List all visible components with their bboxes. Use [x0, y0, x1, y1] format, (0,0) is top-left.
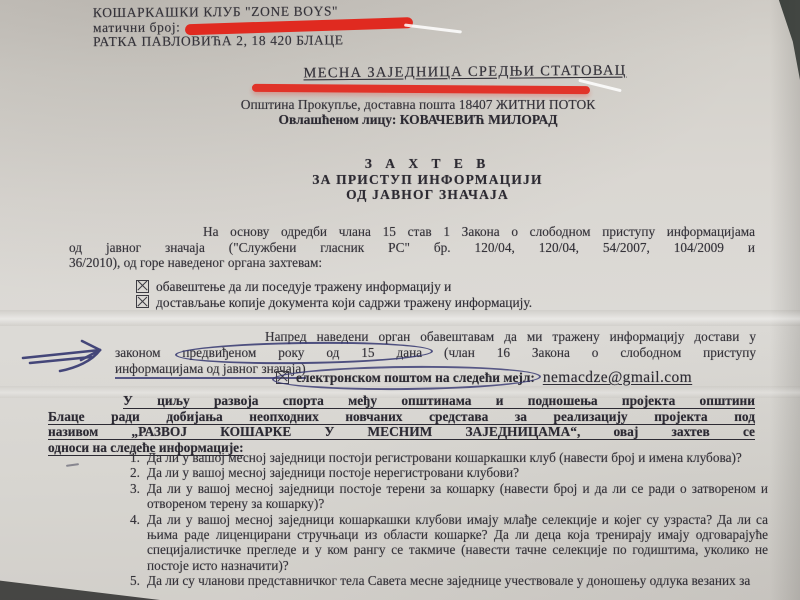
question-list: 1. Да ли у вашој месној заједници постој…	[118, 450, 768, 589]
document-photo: КОШАРКАШКИ КЛУБ "ZONE BOYS" матични број…	[0, 0, 800, 600]
request-item: обавештење да ли поседује тражену информ…	[136, 279, 532, 295]
question-text: Да ли у вашој месној заједници постоји р…	[147, 450, 768, 465]
request-list: обавештење да ли поседује тражену информ…	[136, 279, 532, 311]
purpose-line: У циљу развоја спорта међу општинама и п…	[48, 393, 755, 409]
purpose-line: називом „РАЗВОЈ КОШАРКЕ У МЕСНИМ ЗАЈЕДНИ…	[48, 424, 755, 440]
question-number: 4.	[118, 512, 140, 574]
photo-scratch	[404, 23, 462, 33]
recipient-delivery: Општина Прокупље, доставна пошта 18407 Ж…	[60, 97, 776, 113]
title-line-3: ОД ЈАВНОГ ЗНАЧАЈА	[105, 187, 750, 203]
recipient-attention: Овлашћеном лицу: КОВАЧЕВИЋ МИЛОРАД	[60, 112, 776, 128]
deadline-line: законом предвиђеном року од 15 дана (чла…	[115, 345, 756, 361]
sender-address: РАТКА ПАВЛОВИЋА 2, 18 420 БЛАЦЕ	[93, 33, 413, 50]
question-text: Да ли у вашој месној заједници кошаркашк…	[147, 512, 768, 574]
request-item-label: обавештење да ли поседује тражену информ…	[156, 279, 451, 294]
question-number: 5.	[118, 573, 140, 588]
question-text: Да ли у вашој месној заједници постоје т…	[147, 481, 768, 512]
email-label: електронском поштом на следећи мејл:	[296, 370, 535, 385]
recipient-name: МЕСНА ЗАЈЕДНИЦА СРЕДЊИ СТАТОВАЦ	[170, 61, 760, 83]
intro-line: од јавног значаја ("Службени гласник РС"…	[69, 240, 755, 256]
question-item: 1. Да ли у вашој месној заједници постој…	[118, 450, 768, 465]
title-line-1: З А Х Т Е В	[105, 156, 750, 172]
purpose-line: Блаце ради добијања неопходних новчаних …	[48, 409, 755, 425]
paper-edge-shadow	[770, 0, 800, 600]
question-item: 4. Да ли у вашој месној заједници кошарк…	[118, 512, 768, 574]
pen-arrow-icon	[20, 335, 122, 377]
question-number: 1.	[118, 450, 140, 465]
checkbox-checked-icon	[136, 280, 149, 293]
sender-block: КОШАРКАШКИ КЛУБ "ZONE BOYS" матични број…	[93, 4, 413, 50]
question-number: 3.	[118, 481, 140, 512]
intro-line: На основу одредби члана 15 став 1 Закона…	[69, 224, 755, 240]
red-marker-underline	[252, 84, 590, 94]
question-text: Да ли су чланови представничког тела Сав…	[147, 573, 768, 588]
paper-fold-crease	[0, 310, 800, 326]
registry-label: матични број:	[93, 19, 181, 35]
purpose-paragraph: У циљу развоја спорта међу општинама и п…	[48, 393, 755, 455]
email-address: nemacdze@gmail.com	[543, 369, 692, 386]
question-item: 2. Да ли у вашој месној заједници постој…	[118, 465, 768, 480]
intro-line: 36/2010), од горе наведеног органа захте…	[69, 255, 755, 271]
intro-paragraph: На основу одредби члана 15 став 1 Закона…	[69, 224, 755, 271]
deadline-text: законом	[115, 345, 182, 360]
checkbox-checked-icon	[136, 295, 149, 308]
question-item: 3. Да ли у вашој месној заједници постој…	[118, 481, 768, 512]
checkbox-checked-icon	[276, 371, 289, 384]
email-line: електронском поштом на следећи мејл:nema…	[276, 369, 692, 387]
sender-registry-line: матични број:	[93, 18, 413, 35]
question-item: 5. Да ли су чланови представничког тела …	[118, 573, 768, 588]
question-number: 2.	[118, 465, 140, 480]
request-item-label: достављање копије документа који садржи …	[156, 295, 532, 310]
pen-dash-mark	[66, 463, 79, 467]
deadline-line: Напред наведени орган обавештавам да ми …	[115, 329, 756, 345]
deadline-text: (члан 16 Закона о слободном приступу	[422, 345, 756, 360]
document-title: З А Х Т Е В ЗА ПРИСТУП ИНФОРМАЦИЈИ ОД ЈА…	[105, 156, 750, 203]
title-line-2: ЗА ПРИСТУП ИНФОРМАЦИЈИ	[105, 172, 750, 188]
question-text: Да ли у вашој месној заједници постоје н…	[147, 465, 768, 480]
pen-circle-annotation: предвиђеном року од 15 дана	[182, 345, 422, 360]
request-item: достављање копије документа који садржи …	[136, 295, 532, 311]
